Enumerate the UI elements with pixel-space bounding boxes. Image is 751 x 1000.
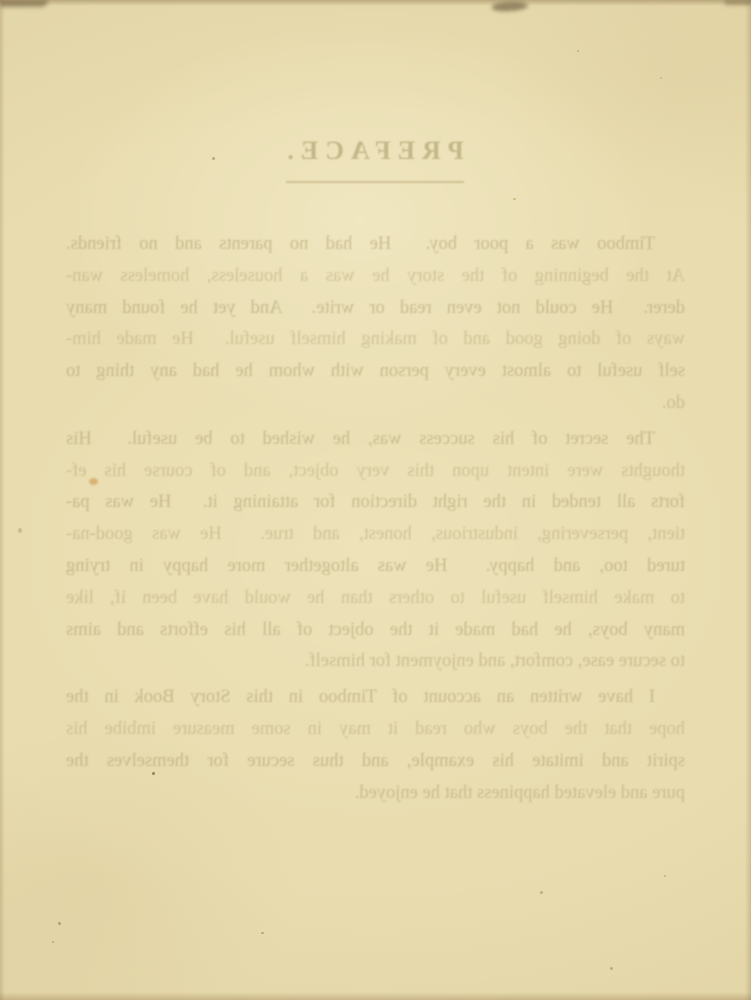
paper-speck xyxy=(212,157,215,160)
title-rule xyxy=(287,181,465,183)
paper-speck xyxy=(664,875,666,877)
paper-speck xyxy=(540,891,543,894)
bleedthrough-line: hope that the boys who read it may in so… xyxy=(66,714,685,746)
paper-speck xyxy=(513,198,516,200)
bleedthrough-line: many boys, he had made it the object of … xyxy=(66,615,685,647)
bleedthrough-line: spirit and imitate his example, and thus… xyxy=(66,746,685,778)
page-edge-right xyxy=(745,0,751,1000)
page-edge-left xyxy=(0,0,5,1000)
bleedthrough-title: PREFACE. xyxy=(66,138,685,164)
bleedthrough-line: tient, persevering, industrious, honest,… xyxy=(66,519,685,551)
paper-speck xyxy=(261,932,264,934)
bleedthrough-line: to make himself useful to others than he… xyxy=(66,583,685,615)
bleedthrough-line: tured too, and happy. He was altogether … xyxy=(66,551,685,583)
bleedthrough-line: The secret of his success was, he wished… xyxy=(66,424,685,456)
bleedthrough-line: derer. He could not even read or write. … xyxy=(66,293,685,325)
page-edge-shadow-right xyxy=(725,0,751,5)
bleedthrough-line: At the beginning of the story he was a h… xyxy=(66,261,685,293)
bleedthrough-line: I have written an account of Timboo in t… xyxy=(66,682,685,714)
bleedthrough-line: do. xyxy=(66,388,685,420)
page-edge-shadow-left xyxy=(0,0,48,7)
bleedthrough-line: thoughts were intent upon this very obje… xyxy=(66,456,685,488)
paper-speck xyxy=(58,922,61,925)
paper-speck xyxy=(18,528,22,533)
paper-speck xyxy=(577,50,579,52)
bleedthrough-line: pure and elevated happiness that he enjo… xyxy=(66,778,685,810)
bleedthrough-line: ways of doing good and of making himself… xyxy=(66,324,685,356)
bleedthrough-line: to secure ease, comfort, and enjoyment f… xyxy=(66,646,685,678)
bleedthrough-paragraph: The secret of his success was, he wished… xyxy=(66,424,685,678)
page-edge-bottom xyxy=(0,992,751,1000)
bleedthrough-line: forts all tended in the right direction … xyxy=(66,487,685,519)
paper-speck xyxy=(610,967,613,970)
bleedthrough-line: self useful to almost every person with … xyxy=(66,356,685,388)
bleedthrough-content: PREFACE. Timboo was a poor boy. He had n… xyxy=(66,138,685,813)
scanned-page: PREFACE. Timboo was a poor boy. He had n… xyxy=(0,0,751,1000)
bleedthrough-paragraph: I have written an account of Timboo in t… xyxy=(66,682,685,809)
paper-speck xyxy=(52,941,54,943)
foxing-spot xyxy=(89,478,98,485)
bleedthrough-paragraphs: Timboo was a poor boy. He had no parents… xyxy=(66,229,685,809)
bleedthrough-line: Timboo was a poor boy. He had no parents… xyxy=(66,229,685,261)
page-edge-top xyxy=(0,0,751,6)
paper-speck xyxy=(660,77,662,79)
paper-speck xyxy=(152,772,155,775)
bleedthrough-paragraph: Timboo was a poor boy. He had no parents… xyxy=(66,229,685,420)
